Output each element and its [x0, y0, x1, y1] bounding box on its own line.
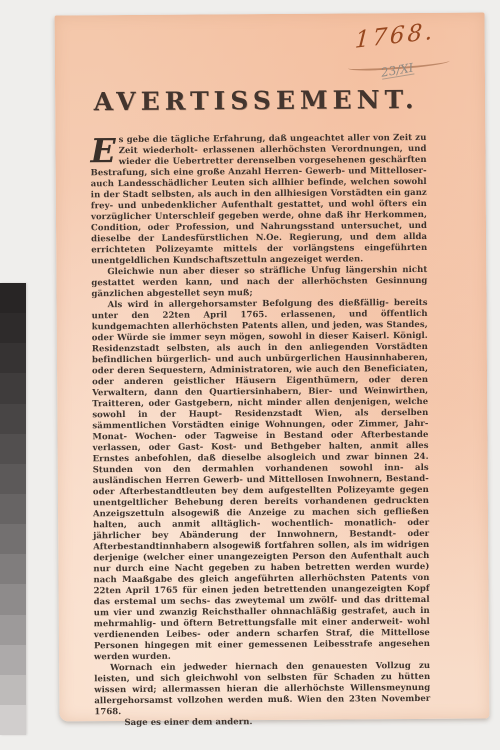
grayscale-step	[0, 404, 26, 434]
grayscale-step	[0, 313, 26, 343]
grayscale-step	[0, 615, 26, 645]
grayscale-step	[0, 675, 26, 705]
grayscale-step	[0, 584, 26, 614]
paragraph-4: Wornach ein jedweder hiernach den genaue…	[94, 661, 430, 718]
grayscale-step	[0, 373, 26, 403]
paragraph-1-text: s gebe die tägliche Erfahrung, daß ungea…	[91, 133, 428, 266]
document-scan-paper: 1768. 23/XI AVERTISSEMENT. Es gebe die t…	[55, 13, 490, 722]
grayscale-step	[0, 705, 26, 735]
grayscale-step	[0, 494, 26, 524]
paragraph-3: Als wird in allergehorsamster Befolgung …	[92, 298, 431, 663]
grayscale-step	[0, 645, 26, 675]
grayscale-step	[0, 343, 26, 373]
document-title: AVERTISSEMENT.	[55, 85, 457, 117]
closing-line: Sage es einer dem andern.	[94, 716, 430, 729]
document-body: Es gebe die tägliche Erfahrung, daß unge…	[90, 133, 430, 729]
paragraph-2: Gleichwie nun aber dieser so sträfliche …	[91, 265, 427, 300]
grayscale-calibration-strip	[0, 283, 26, 735]
drop-cap-initial: E	[90, 135, 118, 164]
handwritten-year-annotation: 1768.	[354, 18, 436, 53]
grayscale-step	[0, 464, 26, 494]
paragraph-1: Es gebe die tägliche Erfahrung, daß unge…	[90, 133, 427, 267]
grayscale-step	[0, 524, 26, 554]
grayscale-step	[0, 554, 26, 584]
grayscale-step	[0, 283, 26, 313]
grayscale-step	[0, 434, 26, 464]
